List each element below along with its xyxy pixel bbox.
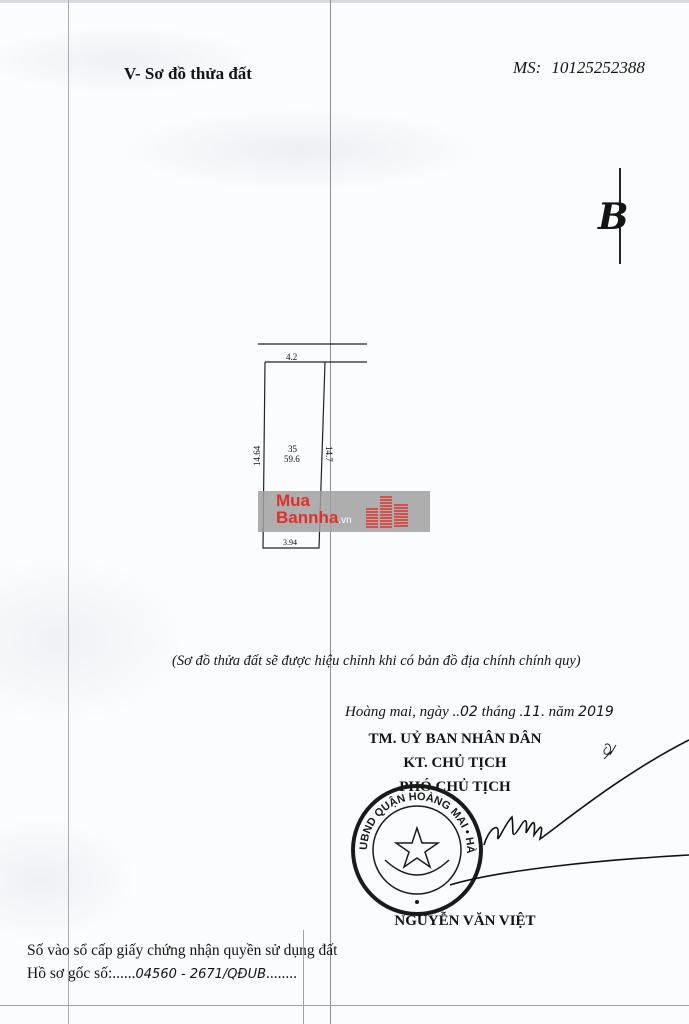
watermark-line1: Mua (276, 492, 352, 509)
watermark-suffix: .vn (338, 515, 351, 526)
ms-value: 10125252388 (551, 58, 645, 77)
parcel-area: 59.6 (284, 454, 300, 464)
date-line: Hoàng mai, ngày ..02 tháng .11. năm 2019 (345, 704, 614, 721)
watermark-banner: Mua Bannha.vn (258, 491, 430, 532)
watermark-line2: Bannha (276, 508, 338, 527)
ms-label: MS: (513, 58, 541, 77)
scan-edge (0, 0, 689, 3)
edge-bottom-label: 3.94 (283, 538, 297, 547)
edge-right-label: 14.7 (324, 446, 334, 462)
building-icon (364, 495, 410, 529)
north-marker: B (598, 196, 626, 238)
year-label: năm (549, 704, 575, 720)
month-label: tháng (482, 704, 516, 720)
fold-line-left (68, 0, 69, 1024)
edge-left-label: 14.64 (252, 445, 262, 466)
signer-name: NGUYỄN VĂN VIỆT (370, 913, 560, 930)
watermark-logo: Mua Bannha.vn (276, 492, 352, 529)
page-bottom-rule (0, 1005, 689, 1006)
signature-icon (440, 735, 689, 905)
date-day: 02 (460, 704, 478, 720)
parcel-number: 35 (288, 444, 298, 454)
place-date-prefix: Hoàng mai, ngày (345, 704, 449, 720)
date-year: 2019 (578, 704, 614, 720)
registry-info: Số vào sổ cấp giấy chứng nhận quyền sử d… (27, 939, 337, 986)
date-month: 11 (523, 704, 541, 720)
section-title: V- Sơ đồ thửa đất (124, 64, 252, 84)
diagram-note: (Sơ đồ thửa đất sẽ được hiệu chỉnh khi c… (172, 653, 581, 670)
ms-code: MS:10125252388 (513, 58, 645, 78)
registry-label: Hồ sơ gốc số: (27, 965, 112, 982)
registry-line-1: Số vào sổ cấp giấy chứng nhận quyền sử d… (27, 939, 337, 962)
registry-value: 04560 - 2671/QĐUB (136, 967, 267, 982)
edge-top-label: 4.2 (286, 352, 297, 362)
fold-line-bottom (303, 930, 304, 1024)
